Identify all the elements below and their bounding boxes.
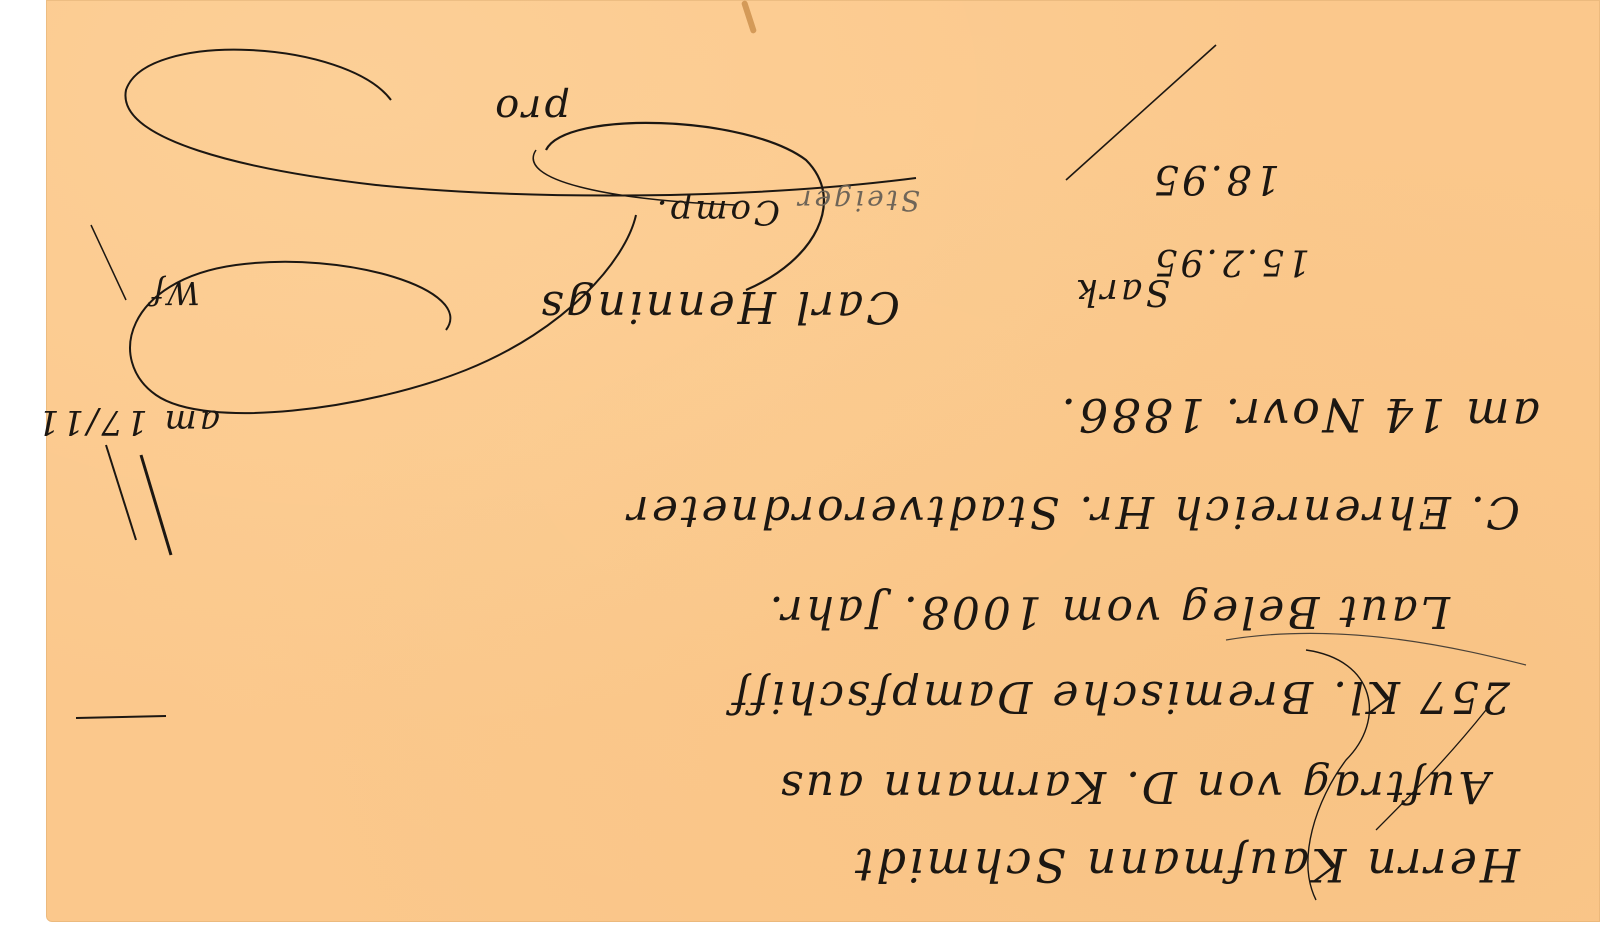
letter-date-line: am 14 Novr. 1886.	[1058, 388, 1540, 442]
letter-line-1: C. Ehrenreich Hr. Stadtverordneter	[625, 486, 1520, 537]
postcard: Herrn Kaufmann Schmidt Auftrag von D. Ka…	[46, 0, 1600, 922]
signature-prefix: Comp.	[654, 192, 780, 232]
upside-down-content: Herrn Kaufmann Schmidt Auftrag von D. Ka…	[46, 0, 1600, 922]
letter-salutation: Herrn Kaufmann Schmidt	[852, 838, 1520, 892]
date-stamp-1: 15.2.95	[1152, 241, 1310, 282]
faint-pencil-word: Steiger	[795, 184, 920, 217]
left-margin-sig: Wf	[149, 274, 200, 312]
letter-signature: Carl Hennings	[538, 281, 900, 332]
date-stamp-2: Sark	[1073, 271, 1170, 312]
top-mark: pro	[492, 86, 570, 132]
annotation-number: 18.95	[1150, 156, 1280, 202]
left-margin-note: am 17/11	[35, 402, 220, 442]
letter-line-3: 257 Kl. Bremische Dampfschiff	[729, 671, 1510, 722]
letter-line-2: Laut Beleg vom 1008. Jahr.	[767, 586, 1451, 637]
letter-line-4: Auftrag von D. Karmann aus	[777, 761, 1490, 812]
